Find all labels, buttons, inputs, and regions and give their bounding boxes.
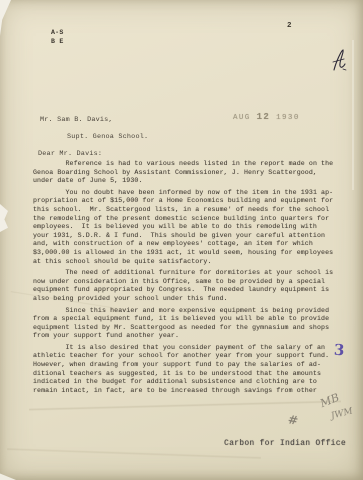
recipient-name: Mr. Sam B. Davis, [40,116,113,124]
paragraph-3: The need of additional furniture for dor… [33,269,339,303]
paper-crease [7,448,261,460]
scanned-letter-page: A-SB E 2 AUG 12 1930 Mr. Sam B. Davis, S… [0,0,363,480]
paper-tear-left-edge [0,204,8,232]
carbon-note: Carbon for Indian Office [224,440,346,448]
paper-tear-top-left [0,0,11,36]
pencil-mark: # [287,412,299,428]
stamp-day: 12 [257,112,271,122]
paragraph-4: Since this heavier and more expensive eq… [33,307,339,341]
received-date-stamp: AUG 12 1930 [233,112,300,122]
file-notation-line2: B E [51,38,63,45]
paragraph-1: Reference is had to various needs listed… [33,160,339,186]
file-notation-line1: A-S [51,29,63,36]
paper-crease [29,400,341,411]
file-notation: A-SB E [51,28,63,46]
handwritten-pen-mark-icon [331,48,349,79]
stamp-year: 1930 [276,114,300,122]
stamp-month: AUG [233,114,251,122]
salutation: Dear Mr. Davis: [38,150,102,158]
pencil-initials-2: JWM [330,406,354,421]
paper-corner-bottom-left [0,470,16,480]
paragraph-5: It is also desired that you consider pay… [33,344,339,396]
paragraph-2: You no doubt have been informed by now o… [33,189,339,266]
paper-crease [352,40,354,190]
recipient-title: Supt. Genoa School. [67,133,148,141]
letter-body: Reference is had to various needs listed… [33,160,339,398]
page-number: 2 [287,22,292,30]
handwritten-margin-number: 3 [333,341,345,360]
